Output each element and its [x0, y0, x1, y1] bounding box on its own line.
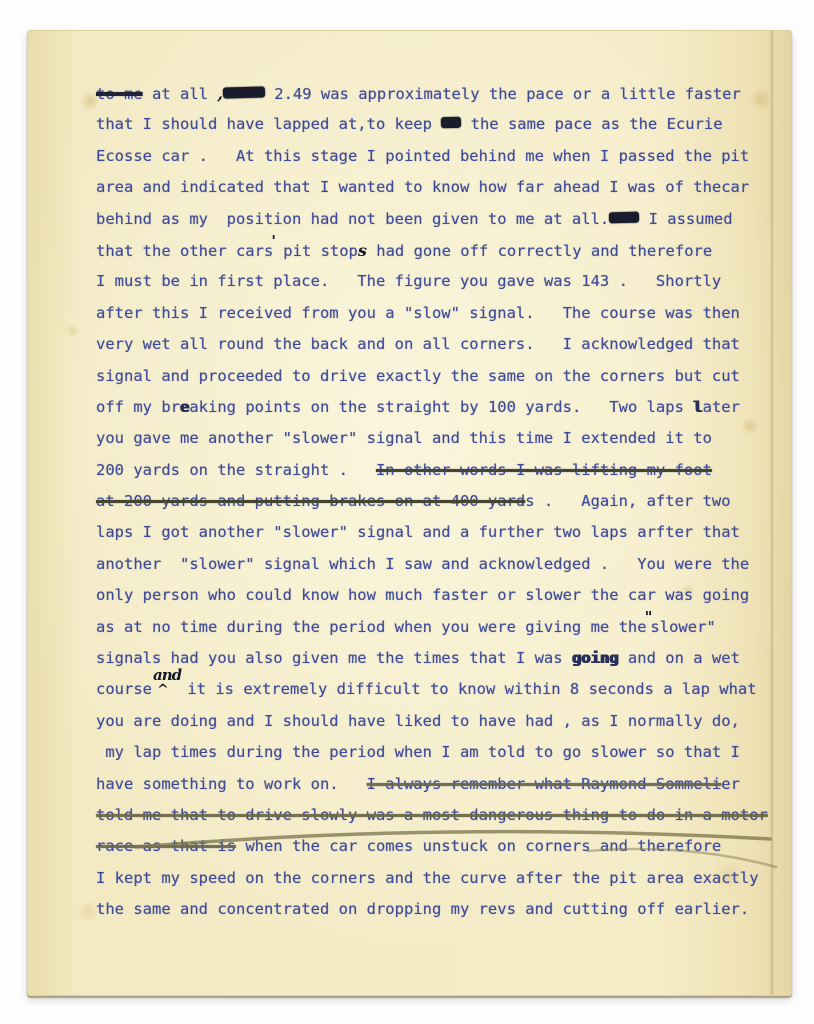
typed-text: very wet all round the back and on all c… [96, 335, 740, 353]
text-line: Ecosse car . At this stage I pointed beh… [96, 141, 772, 172]
text-line: at 200 yards and putting brakes on at 40… [96, 486, 772, 517]
text-line: only person who could know how much fast… [96, 580, 772, 611]
text-line: I kept my speed on the corners and the c… [96, 863, 772, 894]
typed-text: off my br [96, 398, 180, 416]
overtyped-text: l [693, 398, 702, 416]
typed-text: another "slower" signal which I saw and … [96, 555, 749, 573]
text-line: after this I received from you a "slow" … [96, 298, 772, 329]
typed-text: signal and proceeded to drive exactly th… [96, 367, 740, 385]
text-line: 200 yards on the straight . In other wor… [96, 455, 772, 486]
typed-text: course [96, 680, 152, 698]
text-line: told me that to drive slowly was a most … [96, 800, 772, 831]
text-line: behind as my position had not been given… [96, 204, 772, 235]
typed-text: 2.49 was approximately the pace or a lit… [265, 85, 741, 103]
typed-text: at all [143, 85, 218, 103]
text-line: the same and concentrated on dropping my… [96, 894, 772, 925]
handwritten-correction: " [645, 608, 653, 626]
typed-text: as at no time during the period when you… [96, 618, 647, 636]
typed-text: it is extremely difficult to know within… [178, 680, 757, 698]
overtyped-text: e [180, 398, 189, 416]
typewritten-text: to me at all , 2.49 was approximately th… [96, 78, 772, 926]
typed-text: my lap times during the period when I am… [96, 743, 740, 761]
typed-text: laps I got another "slower" signal and a… [96, 523, 740, 541]
text-line: area and indicated that I wanted to know… [96, 172, 772, 203]
typed-text: the same and concentrated on dropping my… [96, 900, 749, 918]
text-line: you gave me another "slower" signal and … [96, 423, 772, 454]
typed-text: s . Again, after two [525, 492, 730, 510]
handwritten-correction: ' [271, 232, 276, 250]
document-page: to me at all , 2.49 was approximately th… [27, 30, 792, 996]
typed-text: the same pace as the Ecurie [461, 115, 722, 133]
typed-text: that the other cars [96, 242, 273, 260]
text-line: race as that is when the car comes unstu… [96, 831, 772, 862]
handwritten-correction: and [153, 660, 179, 691]
typed-text: you are doing and I should have liked to… [96, 712, 740, 730]
typed-text: aking points on the straight by 100 yard… [189, 398, 693, 416]
typed-text: that I should have lapped at,to keep [96, 115, 441, 133]
typed-text: 200 yards on the straight . [96, 461, 376, 479]
typed-text: after this I received from you a "slow" … [96, 304, 740, 322]
typed-text: er [721, 775, 740, 793]
typed-text: area and indicated that I wanted to know… [96, 178, 749, 196]
text-line: you are doing and I should have liked to… [96, 706, 772, 737]
text-line: my lap times during the period when I am… [96, 737, 772, 768]
typed-text: slower" [650, 618, 715, 636]
typed-text: have something to work on. [96, 775, 367, 793]
handwritten-correction: s [358, 241, 367, 260]
typed-text: I kept my speed on the corners and the c… [96, 869, 759, 887]
text-line: have something to work on. I always reme… [96, 769, 772, 800]
ink-blot [223, 86, 265, 98]
text-line: off my breaking points on the straight b… [96, 392, 772, 423]
text-line: laps I got another "slower" signal and a… [96, 517, 772, 548]
typed-text: you gave me another "slower" signal and … [96, 429, 712, 447]
struck-text: told me that to drive slowly was a most … [96, 806, 768, 824]
text-line: that the other cars' pit stops had gone … [96, 235, 772, 266]
text-line: as at no time during the period when you… [96, 612, 772, 643]
overtyped-text: going [572, 649, 619, 667]
typed-text: I assumed [639, 210, 732, 228]
typed-text: pit stop [274, 242, 358, 260]
typed-text: I must be in first place. The figure you… [96, 272, 721, 290]
text-line: to me at all , 2.49 was approximately th… [96, 78, 772, 109]
ink-blot [609, 211, 639, 223]
typed-text: and on a wet [619, 649, 740, 667]
text-line: that I should have lapped at,to keep the… [96, 109, 772, 140]
text-line: another "slower" signal which I saw and … [96, 549, 772, 580]
text-line: signals had you also given me the times … [96, 643, 772, 674]
struck-text: race as that is [96, 837, 236, 855]
scan-background: to me at all , 2.49 was approximately th… [0, 0, 814, 1024]
typed-text: had gone off correctly and therefore [367, 242, 712, 260]
struck-text: at 200 yards and putting brakes on at 40… [96, 492, 525, 510]
text-line: courseand it is extremely difficult to k… [96, 674, 772, 705]
text-line: very wet all round the back and on all c… [96, 329, 772, 360]
typed-text: only person who could know how much fast… [96, 586, 749, 604]
typed-text: when the car comes unstuck on corners an… [236, 837, 721, 855]
struck-text: to me [96, 85, 143, 103]
text-line: signal and proceeded to drive exactly th… [96, 361, 772, 392]
typed-text: Ecosse car . At this stage I pointed beh… [96, 147, 749, 165]
struck-text: In other words I was lifting my foot [376, 461, 712, 479]
typed-text: behind as my position had not been given… [96, 210, 609, 228]
struck-text: I always remember what Raymond Sommeli [367, 775, 722, 793]
typed-text: ater [703, 398, 740, 416]
text-line: I must be in first place. The figure you… [96, 266, 772, 297]
ink-blot [441, 117, 461, 129]
